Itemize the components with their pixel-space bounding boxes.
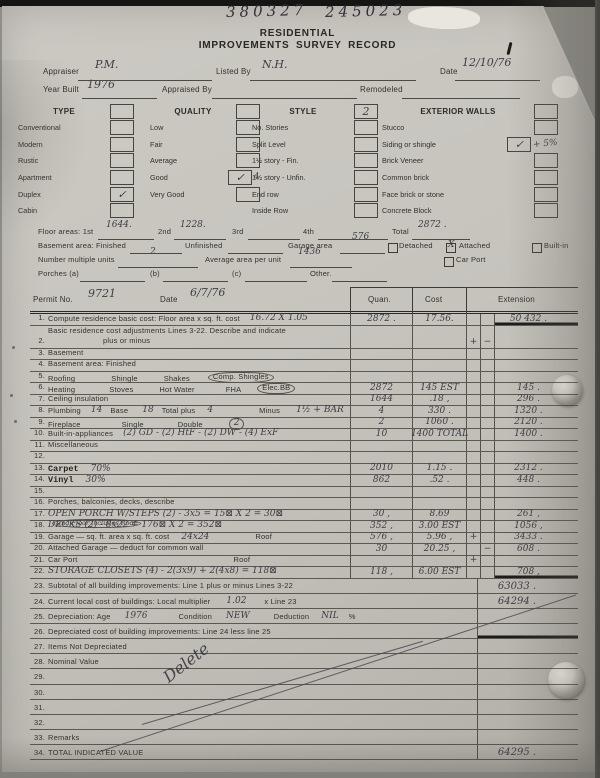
extension-cell	[494, 498, 578, 509]
checkbox-top	[110, 104, 134, 119]
extension-cell	[494, 326, 578, 348]
table-row-5: 5.RoofingShingleShakesComp. Shingles	[30, 372, 578, 384]
handwritten-value: 10	[376, 430, 387, 439]
row-description	[48, 715, 477, 729]
handwritten-value: 2120 .	[514, 418, 543, 427]
checkbox-column-title: TYPE	[18, 107, 110, 116]
checkbox-label: 1½ story - Fin.	[252, 156, 354, 165]
scanned-survey-record: RESIDENTIAL IMPROVEMENTS SURVEY RECORD 3…	[0, 0, 600, 778]
cost-cell: 17.56.	[412, 314, 466, 325]
row-number: 5.	[30, 372, 48, 383]
quantity-cell: 10	[350, 429, 412, 440]
minus-cell	[480, 429, 494, 440]
checkbox-mark: ✓	[236, 171, 245, 184]
extension-cell: 64295 .	[477, 745, 578, 759]
row-description: Miscellaneous	[48, 441, 350, 452]
cost-cell: 1060 .	[412, 418, 466, 429]
extension-cell	[494, 556, 578, 567]
row-description: FireplaceSingleDouble2	[48, 418, 350, 429]
checkbox-label: Modern	[18, 140, 110, 149]
row-description: Plumbing14Base18Total plus4Minus1½ + BAR	[48, 406, 350, 417]
table-row-2: 2.Basic residence cost adjustments Lines…	[30, 326, 578, 349]
checkbox	[110, 153, 134, 168]
minus-cell	[480, 314, 494, 325]
cost-cell	[412, 487, 466, 498]
minus-cell	[480, 567, 494, 578]
cost-cell: 8.69	[412, 510, 466, 521]
extension-cell	[494, 349, 578, 360]
plus-cell	[466, 475, 480, 486]
basement-finished-label: Basement area: Finished	[38, 242, 126, 250]
checkbox-column-title-row: STYLE2	[252, 103, 378, 120]
checkbox: ✓	[110, 187, 134, 202]
minus-cell	[480, 475, 494, 486]
checkbox-mark: ✓	[117, 188, 126, 201]
typed-label: Hot Water	[159, 386, 194, 394]
quantity-cell	[350, 360, 412, 371]
typed-label: Comp. Shingles	[208, 372, 274, 383]
underline	[290, 267, 352, 268]
underline	[245, 281, 307, 282]
handwritten-value: .52 .	[429, 476, 449, 485]
plus-cell: +	[466, 556, 480, 567]
row-number: 11.	[30, 441, 48, 452]
minus-cell	[480, 360, 494, 371]
underline	[228, 253, 283, 254]
checkbox-label: Duplex	[18, 190, 110, 199]
minus-cell	[480, 349, 494, 360]
tape-spot	[552, 76, 578, 98]
cost-cell	[412, 452, 466, 463]
cost-cell	[412, 556, 466, 567]
typed-label: %	[349, 613, 356, 621]
row-description: OPEN PORCH W/STEPS (2) - 3x5 = 15⊠ X 2 =…	[48, 510, 350, 521]
underline	[412, 239, 470, 240]
checkbox-row: Split Level	[252, 136, 378, 153]
cost-cell	[412, 372, 466, 383]
row-description	[48, 700, 477, 714]
row-description: Garage — sq. ft. area x sq. ft. cost24x2…	[48, 533, 350, 544]
row-description: Items Not Depreciated	[48, 639, 477, 653]
handwritten-value: 1.15 .	[427, 464, 453, 473]
row-description: Vinyl30%	[48, 475, 350, 486]
row-number: 34.	[30, 745, 48, 759]
row-number: 19.	[30, 533, 48, 544]
cost-cell	[412, 326, 466, 348]
row-number: 31.	[30, 700, 48, 714]
table-row-18: 18.DECKS (2) - 8x22 = 176⊠ X 2 = 352⊠352…	[30, 521, 578, 533]
table-row-22: 22.STORAGE CLOSETS (4) - 2(3x9) + 2(4x8)…	[30, 567, 578, 579]
checkbox-label: 1½ story - Unfin.	[252, 173, 354, 182]
whiteout-patch	[408, 6, 481, 30]
floor-2nd-value: 1228.	[180, 221, 206, 230]
quantity-cell: 576 ,	[350, 533, 412, 544]
typed-label: Current local cost of buildings: Local m…	[48, 598, 210, 606]
cost-cell: .18 ,	[412, 395, 466, 406]
table-row-27: 27.Items Not Depreciated	[30, 639, 578, 654]
checkbox	[110, 170, 134, 185]
plus-cell	[466, 418, 480, 429]
handwritten-text: 30%	[86, 476, 106, 485]
date-value: 12/10/76	[462, 57, 511, 68]
checkbox-label: End row	[252, 190, 354, 199]
handwritten-text: 1976	[125, 612, 148, 621]
extension-cell	[477, 730, 578, 744]
plus-cell	[466, 452, 480, 463]
row-description: Basement area: Finished	[48, 360, 350, 371]
extension-cell	[477, 639, 578, 653]
handwritten-value: 448 .	[517, 476, 540, 485]
checkbox-column-title: STYLE	[252, 107, 354, 116]
extension-cell: 3433 .	[494, 533, 578, 544]
cost-cell	[412, 360, 466, 371]
table-row-30: 30.	[30, 685, 578, 700]
checkbox-label: Concrete Block	[382, 206, 534, 215]
row-number: 28.	[30, 654, 48, 668]
cost-cell	[412, 498, 466, 509]
checkbox-label: Siding or shingle	[382, 140, 507, 149]
checkbox-row: Concrete Block	[382, 202, 558, 219]
row-number: 24.	[30, 594, 48, 608]
row-number: 1.	[30, 314, 48, 325]
typed-label: Condition	[179, 613, 213, 621]
minus-cell	[480, 510, 494, 521]
extension-cell	[477, 624, 578, 638]
handwritten-value: 5.96 ,	[427, 533, 453, 542]
table-vline	[466, 287, 467, 314]
handwritten-value: 118 ,	[370, 568, 393, 577]
checkbox	[354, 153, 378, 168]
plus-cell	[466, 395, 480, 406]
handwritten-value: 20.25 ,	[424, 545, 456, 554]
table-row-4: 4.Basement area: Finished	[30, 360, 578, 372]
checkbox-column-type: TYPEConventionalModernRusticApartmentDup…	[18, 103, 134, 219]
row-description	[48, 452, 350, 463]
cost-cell: .52 .	[412, 475, 466, 486]
row-description: RoofingShingleShakesComp. Shingles	[48, 372, 350, 383]
porch-other-label: Other.	[310, 270, 332, 278]
handwritten-value: 2872 .	[367, 315, 396, 324]
minus-cell: −	[480, 544, 494, 555]
extension-cell: 1400 .	[494, 429, 578, 440]
checkbox-label: Inside Row	[252, 206, 354, 215]
underline	[212, 98, 357, 99]
plus-cell	[466, 429, 480, 440]
table-header-band	[30, 287, 578, 314]
row-description: Porches, balconies, decks, describe	[48, 498, 350, 509]
minus-cell	[480, 441, 494, 452]
checkbox-row: Modern	[18, 136, 134, 153]
minus-cell	[480, 383, 494, 394]
cost-table: 1.Compute residence basic cost: Floor ar…	[30, 314, 578, 760]
checkbox-column-title: QUALITY	[150, 107, 236, 116]
listed-by-label: Listed By	[216, 68, 251, 77]
handwritten-value: 6.00 EST	[419, 568, 461, 577]
typed-label: Basement	[48, 349, 83, 357]
row-description: Nominal Value	[48, 654, 477, 668]
quantity-cell: 2872 .	[350, 314, 412, 325]
cost-cell: 145 EST	[412, 383, 466, 394]
table-row-26: 26.Depreciated cost of building improvem…	[30, 624, 578, 639]
checkbox	[354, 170, 378, 185]
car-port-checkbox	[444, 257, 454, 267]
floor-3rd-label: 3rd	[232, 228, 243, 236]
minus-cell	[480, 406, 494, 417]
quantity-cell: 1644	[350, 395, 412, 406]
table-row-1: 1.Compute residence basic cost: Floor ar…	[30, 314, 578, 326]
multiple-units-label: Number multiple units	[38, 256, 115, 264]
checkbox-label: Common brick	[382, 173, 534, 182]
checkbox-column-style: STYLE2No. StoriesSplit Level1½ story - F…	[252, 103, 378, 219]
serial-number-left: 380327	[226, 3, 308, 20]
handwritten-value: 3.00 EST	[419, 522, 461, 531]
table-row-20: 20.Attached Garage — deduct for common w…	[30, 544, 578, 556]
quantity-cell	[350, 372, 412, 383]
cost-cell: 1.15 .	[412, 464, 466, 475]
checkbox-row: Brick Veneer	[382, 153, 558, 170]
handwritten-value: +	[470, 338, 478, 347]
handwritten-text: 16.72 X 1.05	[250, 314, 308, 323]
handwritten-value: −	[484, 545, 492, 554]
built-in-label: Built-in	[544, 242, 569, 250]
typed-label: Vinyl	[48, 475, 74, 485]
serial-number-right: 245023	[325, 3, 407, 20]
plus-cell	[466, 510, 480, 521]
extension-cell: 64294 .	[477, 594, 578, 608]
table-row-32: 32.	[30, 715, 578, 730]
cost-cell	[412, 349, 466, 360]
typed-label: Stoves	[109, 386, 133, 394]
typed-label: Shakes	[164, 375, 190, 383]
minus-cell	[480, 418, 494, 429]
row-description: Depreciation: Age1976ConditionNEWDeducti…	[48, 609, 477, 623]
typed-label: x Line 23	[264, 598, 296, 606]
typed-label: Roof	[255, 533, 272, 541]
handwritten-value: 708 ,	[517, 568, 540, 577]
table-row-28: 28.Nominal Value	[30, 654, 578, 669]
handwritten-value: 2010	[370, 464, 393, 473]
floor-total-value: 2872 .	[418, 221, 447, 230]
appraised-by-label: Appraised By	[162, 86, 212, 95]
checkbox	[534, 120, 558, 135]
quantity-cell: 862	[350, 475, 412, 486]
row-description: Subtotal of all building improvements: L…	[48, 579, 477, 593]
typed-label: Plumbing	[48, 407, 81, 415]
handwritten-value: 63033 .	[498, 582, 536, 592]
row-number: 33.	[30, 730, 48, 744]
plus-cell	[466, 360, 480, 371]
handwritten-value: .18 ,	[429, 395, 449, 404]
plus-cell	[466, 521, 480, 532]
handwritten-text: 18	[142, 406, 153, 415]
plus-cell	[466, 487, 480, 498]
checkbox-label: Rustic	[18, 156, 110, 165]
table-row-16: 16.Porches, balconies, decks, describe	[30, 498, 578, 510]
quantity-cell: 2	[350, 418, 412, 429]
typed-label: plus or minus	[103, 336, 150, 345]
row-number: 23.	[30, 579, 48, 593]
cost-cell: 20.25 ,	[412, 544, 466, 555]
checkbox-row: Fair	[150, 136, 260, 153]
plus-cell: +	[466, 533, 480, 544]
checkbox-top	[534, 104, 558, 119]
porch-c-label: (c)	[232, 270, 241, 278]
typed-label: Roof	[234, 556, 251, 564]
plus-cell	[466, 464, 480, 475]
row-description: Car PortRoof	[48, 556, 350, 567]
extension-cell: 2120 .	[494, 418, 578, 429]
row-number: 27.	[30, 639, 48, 653]
row-number: 12.	[30, 452, 48, 463]
typed-label: Carpet	[48, 464, 79, 474]
doc-title-line1: RESIDENTIAL	[0, 28, 595, 39]
row-number: 29.	[30, 669, 48, 683]
typed-label: Subtotal of all building improvements: L…	[48, 582, 293, 590]
handwritten-value: 30 ,	[373, 510, 390, 519]
row-number: 32.	[30, 715, 48, 729]
row-number: 22.	[30, 567, 48, 578]
checkbox-row: Low	[150, 120, 260, 137]
typed-label: FHA	[226, 386, 242, 394]
handwritten-value: 1400 .	[514, 430, 543, 439]
checkbox-row: Rustic	[18, 153, 134, 170]
handwritten-value: 1400 TOTAL	[411, 430, 468, 439]
quantity-cell	[350, 452, 412, 463]
attached-label: Attached	[459, 242, 490, 250]
row-description: Current local cost of buildings: Local m…	[48, 594, 477, 608]
checkbox-label: Very Good	[150, 190, 236, 199]
underline	[130, 253, 182, 254]
minus-cell	[480, 533, 494, 544]
extension-cell	[494, 441, 578, 452]
row-number: 30.	[30, 685, 48, 699]
typed-label: Total plus	[162, 407, 196, 415]
quantity-cell: 2010	[350, 464, 412, 475]
porches-label: Porches (a)	[38, 270, 79, 278]
extension-cell: 50 432 .	[494, 314, 578, 325]
handwritten-text: NIL	[321, 612, 338, 621]
checkbox-label: Apartment	[18, 173, 110, 182]
typed-label: Elec.BB	[257, 383, 295, 394]
table-row-31: 31.	[30, 700, 578, 715]
handwritten-value: 64295 .	[498, 748, 536, 758]
extension-cell	[477, 700, 578, 714]
checkbox-label: Brick Veneer	[382, 156, 534, 165]
minus-cell	[480, 452, 494, 463]
minus-cell	[480, 487, 494, 498]
checkbox-row: Siding or shingle✓+ 5%	[382, 136, 558, 153]
floor-1st-value: 1644.	[106, 221, 132, 230]
row-description: Basic residence cost adjustments Lines 3…	[48, 326, 350, 348]
minus-cell	[480, 464, 494, 475]
detached-checkbox	[388, 243, 398, 253]
table-header-topline	[350, 287, 578, 288]
typed-label: Deduction	[274, 613, 310, 621]
listed-by-value: N.H.	[262, 59, 288, 70]
checkbox-column-title-row: EXTERIOR WALLS	[382, 103, 558, 120]
handwritten-value: 2	[379, 418, 385, 427]
typed-label: Base	[110, 407, 128, 415]
extension-cell: 2312 .	[494, 464, 578, 475]
row-description: Carpet70%	[48, 464, 350, 475]
row-description: STORAGE CLOSETS (4) - 2(3x9) + 2(4x8) = …	[48, 567, 350, 578]
row-number: 25.	[30, 609, 48, 623]
underline	[402, 98, 520, 99]
row-number: 9.	[30, 418, 48, 429]
checkbox-row: Common brick	[382, 169, 558, 186]
row-number: 4.	[30, 360, 48, 371]
plus-cell	[466, 406, 480, 417]
handwritten-value: 1060 .	[425, 418, 454, 427]
handwritten-value: 2312 .	[514, 464, 543, 473]
handwritten-text: 14	[91, 406, 102, 415]
handwritten-value: 145 .	[517, 384, 540, 393]
extension-cell: 63033 .	[477, 579, 578, 593]
handwritten-value: −	[484, 338, 492, 347]
handwritten-value: 50 432 .	[510, 315, 547, 324]
row-number: 14.	[30, 475, 48, 486]
plus-cell	[466, 372, 480, 383]
underline	[78, 80, 212, 81]
extension-cell: 1056 ,	[494, 521, 578, 532]
handwritten-value: +	[470, 533, 478, 542]
row-description: DECKS (2) - 8x22 = 176⊠ X 2 = 352⊠	[48, 521, 350, 532]
quantity-cell: 30	[350, 544, 412, 555]
row-number: 8.	[30, 406, 48, 417]
speck	[12, 346, 15, 349]
porch-b-label: (b)	[150, 270, 160, 278]
row-description	[48, 487, 350, 498]
minus-cell	[480, 395, 494, 406]
typed-label: Ceiling insulation	[48, 395, 108, 403]
table-row-11: 11.Miscellaneous	[30, 441, 578, 453]
typed-label: Porches, balconies, decks, describe	[48, 498, 175, 506]
typed-label: Depreciated cost of building improvement…	[48, 628, 271, 636]
checkbox-column-title-row: QUALITY	[150, 103, 260, 120]
table-vline	[412, 287, 413, 314]
car-port-label: Car Port	[456, 256, 486, 264]
checkbox: ✓	[228, 170, 252, 185]
checkbox-row: Duplex✓	[18, 186, 134, 203]
row-description	[48, 669, 477, 683]
typed-label: Car Port	[48, 556, 78, 564]
quantity-cell: 4	[350, 406, 412, 417]
minus-cell	[480, 521, 494, 532]
underline	[248, 239, 300, 240]
plus-cell	[466, 441, 480, 452]
basement-unfinished-label: Unfinished	[185, 242, 222, 250]
typed-label: Garage — sq. ft. area x sq. ft. cost	[48, 533, 169, 541]
handwritten-value: 145 EST	[420, 384, 459, 393]
row-number: 16.	[30, 498, 48, 509]
checkbox	[534, 170, 558, 185]
minus-cell: −	[480, 326, 494, 348]
underline	[82, 98, 157, 99]
checkbox	[534, 203, 558, 218]
row-description: Built-in-appliances(2) GD - (2) HtF - (2…	[48, 429, 350, 440]
row-description: Attached Garage — deduct for common wall	[48, 544, 350, 555]
handwritten-value: 4	[379, 407, 385, 416]
handwritten-value: 296 .	[517, 395, 540, 404]
form-content: RESIDENTIAL IMPROVEMENTS SURVEY RECORD 3…	[0, 0, 600, 778]
checkbox-row: Very Good	[150, 186, 260, 203]
row-number: 10.	[30, 429, 48, 440]
plus-cell	[466, 567, 480, 578]
typed-label: Built-in-appliances	[48, 430, 113, 438]
quantity-cell	[350, 498, 412, 509]
checkbox	[354, 203, 378, 218]
plus-cell: +	[466, 326, 480, 348]
